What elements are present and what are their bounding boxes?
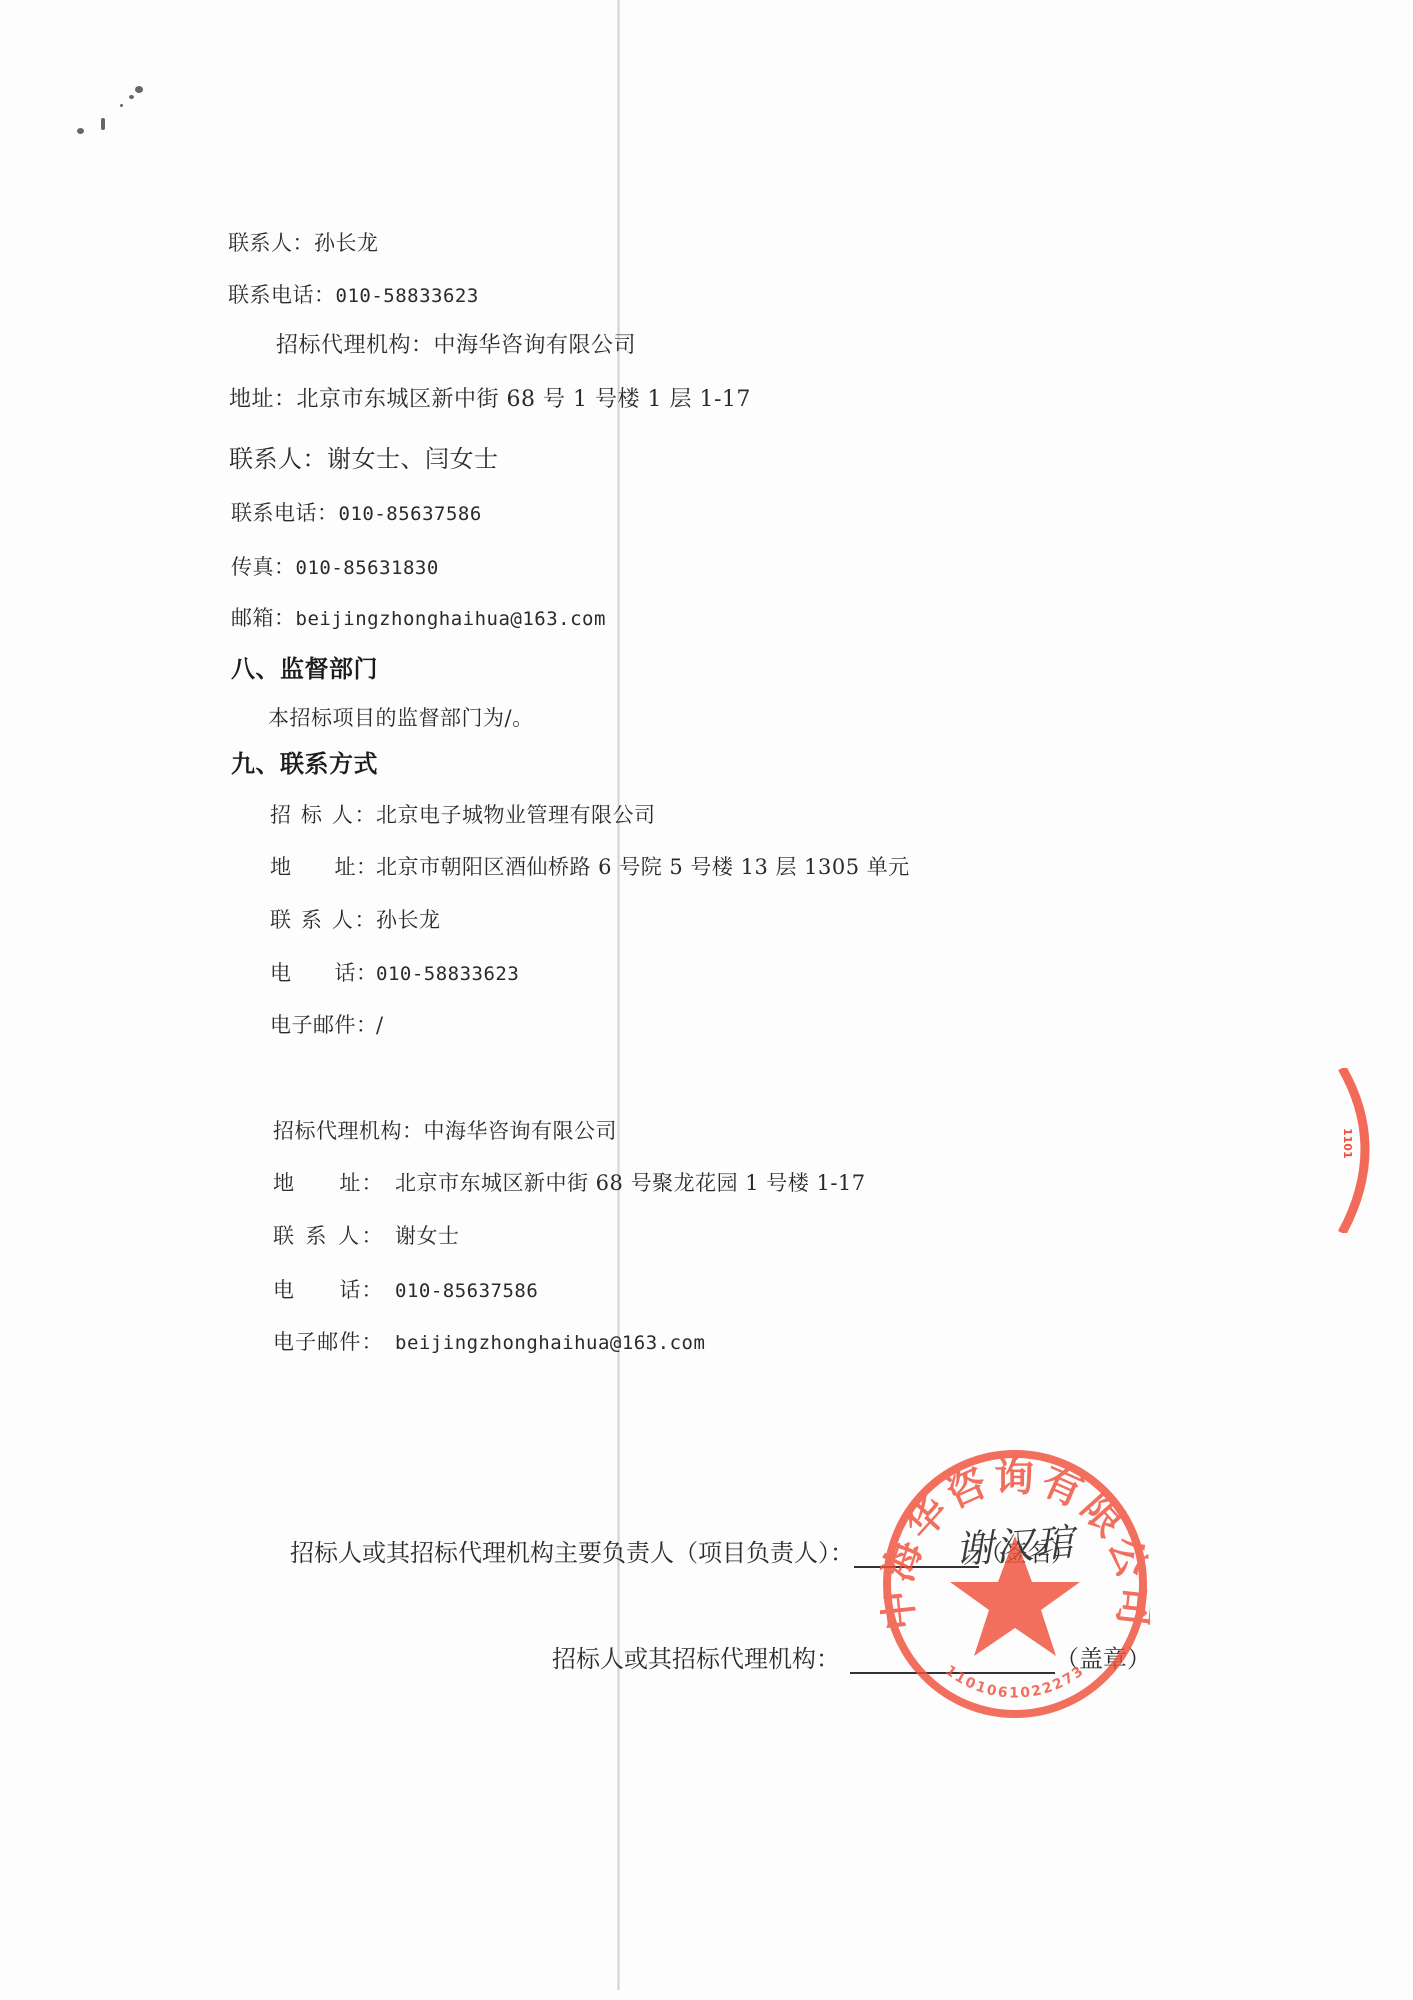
email-label: 邮箱： <box>231 606 296 630</box>
section-8-body: 本招标项目的监督部门为/。 <box>268 704 534 732</box>
tenderer-name-value: 北京电子城物业管理有限公司 <box>376 803 656 827</box>
agency2-contact-line: 联 系 人：谢女士 <box>273 1222 460 1250</box>
agency-label: 招标代理机构： <box>276 333 434 358</box>
fax-line: 传真：010-85631830 <box>231 553 439 582</box>
agency2-name-label: 招标代理机构： <box>273 1119 424 1143</box>
section-8-heading: 八、监督部门 <box>231 655 378 683</box>
agency-phone-label: 联系电话： <box>231 501 339 525</box>
fax-value: 010-85631830 <box>296 557 439 579</box>
company-seal: 中海华咨询有限公司 1101061022273 <box>880 1448 1150 1720</box>
agency-contact-line: 联系人：谢女士、闫女士 <box>229 445 499 473</box>
principal-label: 招标人或其招标代理机构主要负责人（项目负责人）： <box>290 1539 854 1567</box>
svg-text:1101061022273: 1101061022273 <box>942 1662 1088 1701</box>
tenderer-phone-line: 电 话：010-58833623 <box>270 959 519 988</box>
address-value: 北京市东城区新中街 68 号 1 号楼 1 层 1-17 <box>297 387 751 412</box>
tenderer-email-label: 电子邮件： <box>270 1011 376 1039</box>
agency-value: 中海华咨询有限公司 <box>434 333 637 358</box>
agency2-contact-label: 联 系 人： <box>273 1222 383 1250</box>
tenderer-phone-value: 010-58833623 <box>376 963 519 985</box>
tenderer-contact-value: 孙长龙 <box>376 908 441 932</box>
tenderer-address-label: 地 址： <box>270 853 376 881</box>
agency-phone-value: 010-85637586 <box>339 503 482 525</box>
agency2-name-value: 中海华咨询有限公司 <box>424 1119 618 1143</box>
contact-person-line: 联系人：孙长龙 <box>228 229 379 257</box>
tenderer-name-label: 招 标 人： <box>270 801 376 829</box>
address-label: 地址： <box>229 387 297 412</box>
tenderer-email-line: 电子邮件：/ <box>270 1011 384 1039</box>
address-line: 地址：北京市东城区新中街 68 号 1 号楼 1 层 1-17 <box>229 386 751 414</box>
contact-phone-line: 联系电话：010-58833623 <box>228 281 479 310</box>
tenderer-address-value: 北京市朝阳区酒仙桥路 6 号院 5 号楼 13 层 1305 单元 <box>376 855 910 879</box>
agency2-email-label: 电子邮件： <box>273 1328 383 1356</box>
agency2-name-line: 招标代理机构：中海华咨询有限公司 <box>273 1117 617 1145</box>
tenderer-contact-line: 联 系 人：孙长龙 <box>270 906 441 934</box>
tenderer-email-value: / <box>376 1013 384 1037</box>
agency-line: 招标代理机构：中海华咨询有限公司 <box>276 332 636 360</box>
tenderer-address-line: 地 址：北京市朝阳区酒仙桥路 6 号院 5 号楼 13 层 1305 单元 <box>270 853 910 881</box>
agency-contact-value: 谢女士、闫女士 <box>327 445 499 473</box>
agency2-email-line: 电子邮件：beijingzhonghaihua@163.com <box>273 1328 705 1357</box>
agency2-email-value: beijingzhonghaihua@163.com <box>395 1332 705 1354</box>
tenderer-phone-label: 电 话： <box>270 959 376 987</box>
scan-specks <box>75 80 155 140</box>
agency2-phone-label: 电 话： <box>273 1276 383 1304</box>
tenderer-name-line: 招 标 人：北京电子城物业管理有限公司 <box>270 801 656 829</box>
contact-person-label: 联系人： <box>228 231 314 255</box>
agency-phone-line: 联系电话：010-85637586 <box>231 499 482 528</box>
seal-number: 1101061022273 <box>942 1662 1088 1701</box>
agency2-address-value: 北京市东城区新中街 68 号聚龙花园 1 号楼 1-17 <box>395 1171 866 1195</box>
tenderer-contact-label: 联 系 人： <box>270 906 376 934</box>
edge-seal-fragment: 1101 <box>1338 1068 1378 1233</box>
edge-seal-number: 1101 <box>1341 1128 1354 1159</box>
section-9-heading: 九、联系方式 <box>231 750 378 778</box>
agency2-phone-line: 电 话：010-85637586 <box>273 1276 538 1305</box>
contact-person-value: 孙长龙 <box>314 231 379 255</box>
agency2-address-line: 地 址：北京市东城区新中街 68 号聚龙花园 1 号楼 1-17 <box>273 1169 866 1197</box>
scan-fold-line <box>617 0 620 1990</box>
email-line: 邮箱：beijingzhonghaihua@163.com <box>231 604 606 633</box>
agency2-phone-value: 010-85637586 <box>395 1280 538 1302</box>
email-value: beijingzhonghaihua@163.com <box>296 608 606 630</box>
star-icon <box>950 1536 1080 1656</box>
seal-label: 招标人或其招标代理机构： <box>552 1645 840 1673</box>
agency2-contact-value: 谢女士 <box>395 1224 460 1248</box>
agency-contact-label: 联系人： <box>229 445 327 473</box>
contact-phone-value: 010-58833623 <box>336 285 479 307</box>
agency2-address-label: 地 址： <box>273 1169 383 1197</box>
contact-phone-label: 联系电话： <box>228 283 336 307</box>
fax-label: 传真： <box>231 555 296 579</box>
